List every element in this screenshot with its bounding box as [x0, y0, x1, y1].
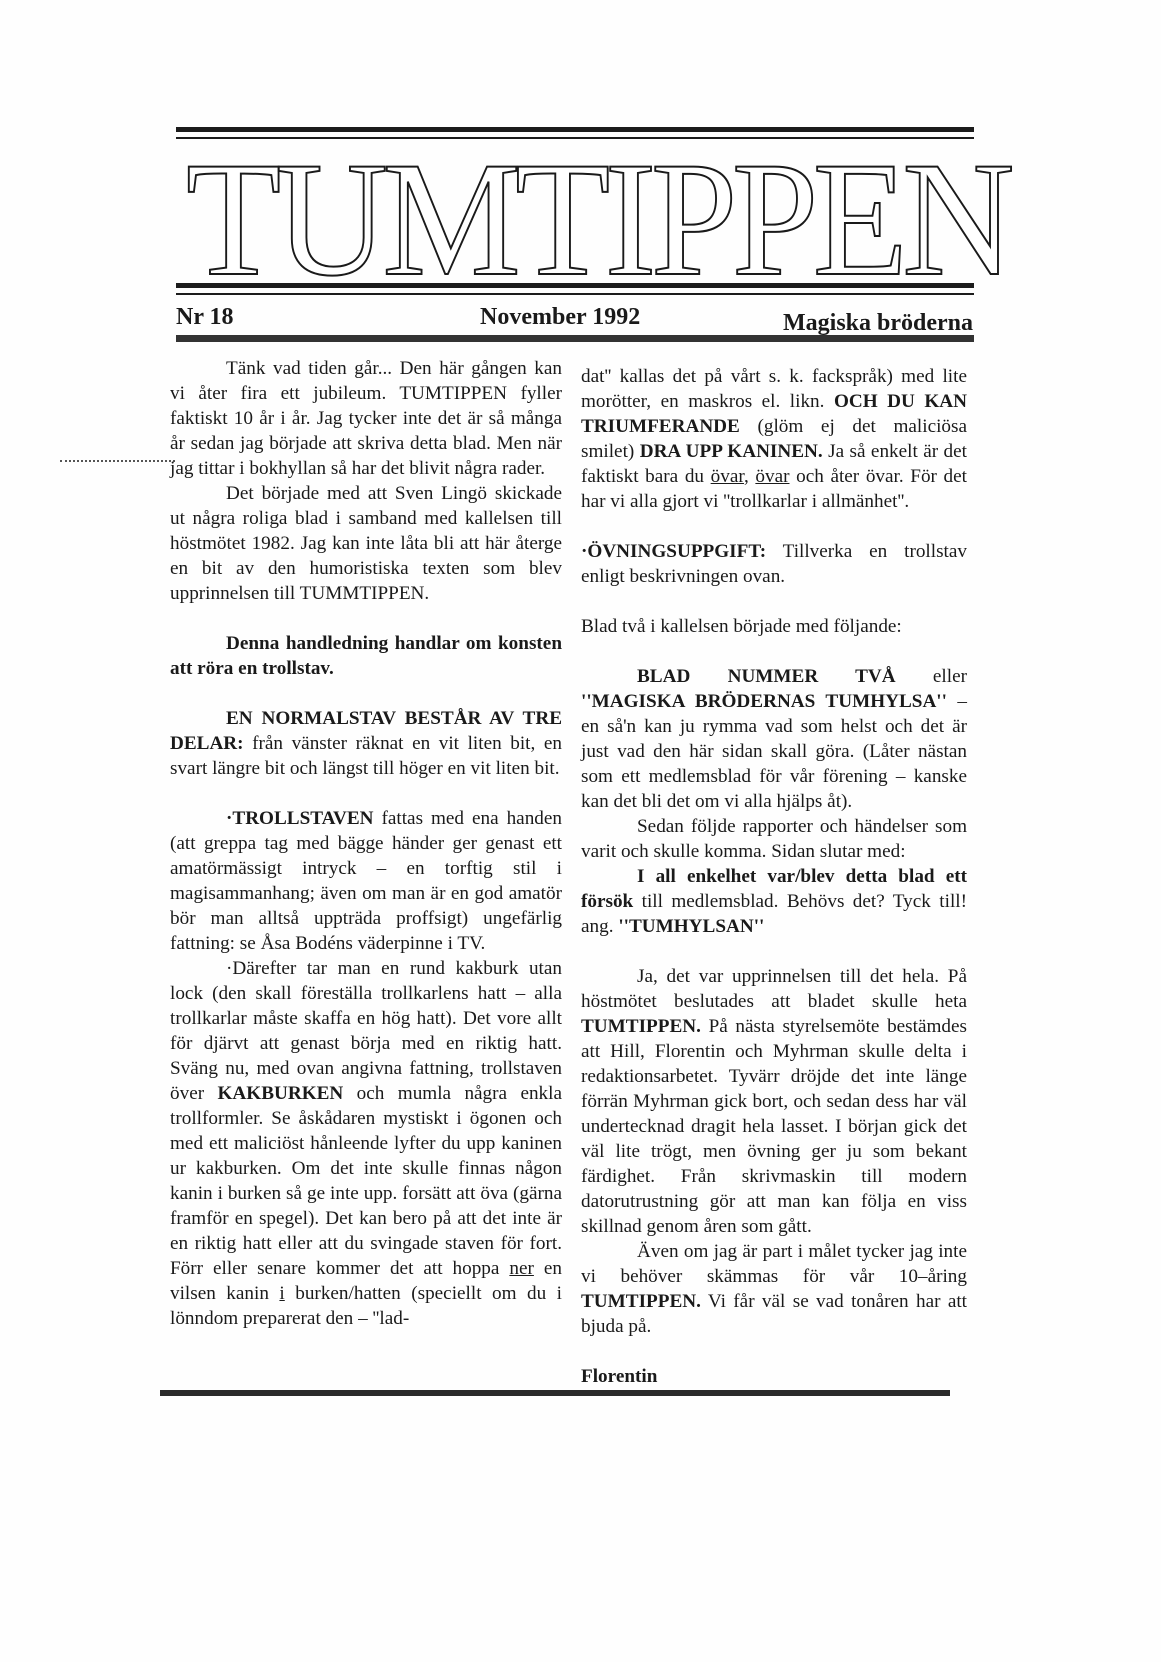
origin-paragraph: Ja, det var upprinnelsen till det hela. … [581, 964, 967, 1239]
issue-bar: Nr 18 November 1992 Magiska bröderna [176, 300, 986, 336]
publisher-name: Magiska bröderna [783, 310, 973, 337]
newsletter-page: TUMTIPPEN Nr 18 November 1992 Magiska br… [0, 0, 1161, 1662]
cookie-tin-paragraph: ·Därefter tar man en rund kakburk utan l… [170, 956, 562, 1331]
right-column: dat'' kallas det på vårt s. k. fackspråk… [581, 364, 967, 1389]
intro-paragraph: Tänk vad tiden går... Den här gången kan… [170, 356, 562, 481]
bottom-rule [160, 1390, 950, 1396]
issue-date: November 1992 [480, 304, 640, 331]
wand-parts-paragraph: EN NORMALSTAV BESTÅR AV TRE DELAR: från … [170, 706, 562, 781]
wand-grip-paragraph: ·TROLLSTAVEN fattas med ena handen (att … [170, 806, 562, 956]
blad-nummer-tva-paragraph: BLAD NUMMER TVÅ eller ''MAGISKA BRÖDERNA… [581, 664, 967, 814]
exercise-paragraph: ·ÖVNINGSUPPGIFT: Tillverka en trollstav … [581, 539, 967, 589]
blad-tva-intro: Blad två i kallelsen började med följand… [581, 614, 967, 639]
trollstaven-bold: ·TROLLSTAVEN [226, 808, 374, 829]
masthead-title: TUMTIPPEN [186, 150, 946, 290]
exercise-label: ·ÖVNINGSUPPGIFT: [581, 541, 766, 562]
mid-rule-thick [176, 283, 974, 288]
mid-rule-thin [176, 293, 974, 295]
continuation-paragraph: dat'' kallas det på vårt s. k. fackspråk… [581, 364, 967, 514]
issue-bar-rule [176, 335, 974, 342]
kakburken-bold: KAKBURKEN [217, 1083, 343, 1104]
anniversary-paragraph: Även om jag är part i målet tycker jag i… [581, 1239, 967, 1339]
section-heading: Denna handledning handlar om konsten att… [170, 631, 562, 681]
reports-paragraph: Sedan följde rapporter och händelser som… [581, 814, 967, 864]
left-column: Tänk vad tiden går... Den här gången kan… [170, 356, 562, 1331]
issue-number: Nr 18 [176, 304, 234, 331]
heading-text: Denna handledning handlar om konsten att… [170, 633, 562, 679]
signature: Florentin [581, 1364, 967, 1389]
history-paragraph: Det började med att Sven Lingö skickade … [170, 481, 562, 606]
margin-dash-mark [60, 460, 175, 464]
closing-quote-paragraph: I all enkelhet var/blev detta blad ett f… [581, 864, 967, 939]
